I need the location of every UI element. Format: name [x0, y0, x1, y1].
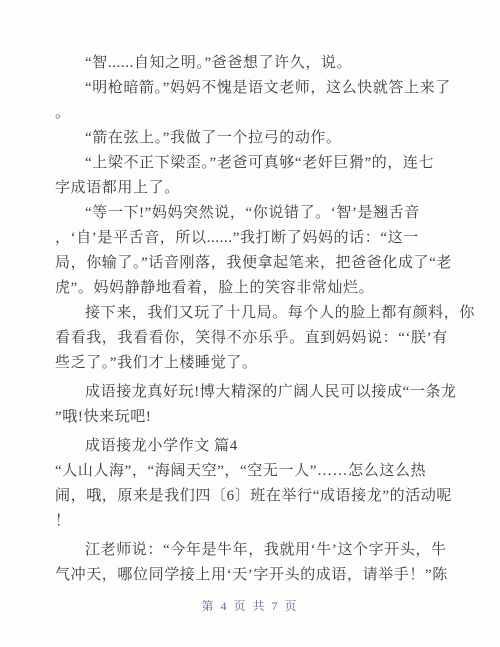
text-line: 虎”。妈妈静静地看着，脸上的笑容非常灿烂。 — [55, 276, 445, 301]
text-line: 气冲天，哪位同学接上用‘天’字开头的成语，请举手！”陈 — [55, 563, 445, 588]
text-line: 。 — [55, 101, 445, 126]
text-line: “智......自知之明。”爸爸想了许久，说。 — [55, 51, 445, 76]
section-heading: 成语接龙小学作文 篇4 — [55, 434, 445, 459]
text-line: 局，你输了。”话音刚落，我便拿起笔来，把爸爸化成了“老 — [55, 251, 445, 276]
text-line: 江老师说：“今年是牛年，我就用‘牛’这个字开头，牛 — [55, 538, 445, 563]
text-line: “明枪暗箭。”妈妈不愧是语文老师，这么快就答上来了 — [55, 76, 445, 101]
text-line: ”哦!快来玩吧! — [55, 405, 445, 430]
document-body: “智......自知之明。”爸爸想了许久，说。 “明枪暗箭。”妈妈不愧是语文老师… — [55, 51, 445, 588]
text-line: 接下来，我们又玩了十几局。每个人的脸上都有颜料，你 — [55, 301, 445, 326]
text-line: 些乏了。”我们才上楼睡觉了。 — [55, 351, 445, 376]
text-line: “上梁不正下梁歪。”老爸可真够“老奸巨猾”的，连七 — [55, 151, 445, 176]
document-page: “智......自知之明。”爸爸想了许久，说。 “明枪暗箭。”妈妈不愧是语文老师… — [0, 0, 500, 647]
text-line: 看看我，我看看你，笑得不亦乐乎。直到妈妈说：“‘朕’有 — [55, 326, 445, 351]
text-line: ！ — [55, 509, 445, 534]
text-line: “箭在弦上。”我做了一个拉弓的动作。 — [55, 126, 445, 151]
text-line: 字成语都用上了。 — [55, 176, 445, 201]
page-number-footer: 第 4 页 共 7 页 — [0, 597, 500, 614]
text-line: 闹，哦，原来是我们四〔6〕班在举行“成语接龙”的活动呢 — [55, 484, 445, 509]
text-line: “人山人海”，“海阔天空”，“空无一人”……怎么这么热 — [55, 459, 445, 484]
text-line: 成语接龙真好玩!博大精深的广阔人民可以接成“一条龙 — [55, 380, 445, 405]
text-line: “等一下!”妈妈突然说，“你说错了。‘智’是翘舌音 — [55, 201, 445, 226]
text-line: ，‘自’是平舌音，所以......”我打断了妈妈的话：“这一 — [55, 226, 445, 251]
